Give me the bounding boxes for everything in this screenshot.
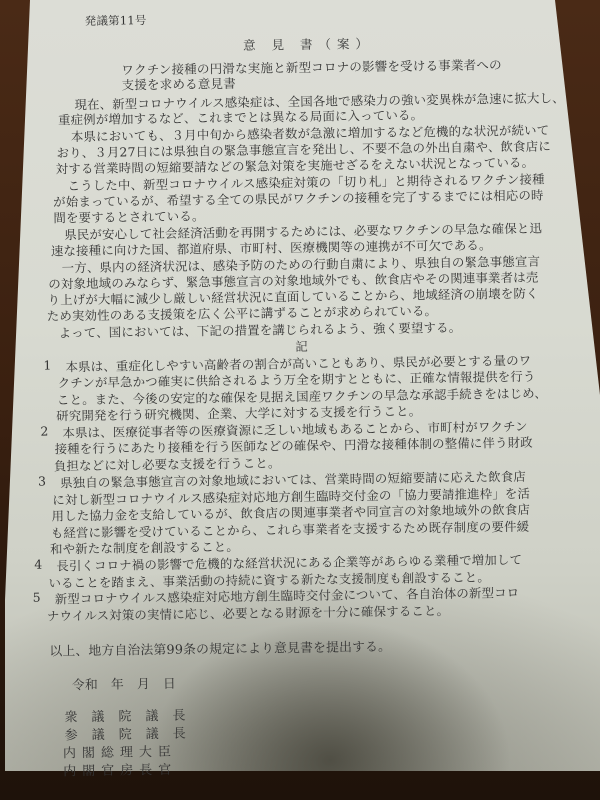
item-number: 5 [33, 590, 41, 605]
document-number: 発議第11号 [85, 12, 147, 29]
document-title: 意 見 書（案） [243, 34, 374, 54]
date-line: 令和 年 月 日 [72, 673, 176, 693]
item-number: 3 [38, 474, 46, 489]
subtitle-line: 支援を求める意見書 [121, 74, 236, 94]
ki-heading: 記 [295, 337, 308, 355]
addressee: 参議院議長 [65, 722, 200, 743]
addressee: 内閣官房長官 [63, 759, 177, 780]
item-number: 4 [34, 557, 42, 572]
item-number: 1 [43, 357, 51, 372]
closing-statement: 以上、地方自治法第99条の規定により意見書を提出する。 [49, 636, 391, 660]
document: 発議第11号 意 見 書（案） ワクチン接種の円滑な実施と新型コロナの影響を受け… [0, 0, 600, 800]
item-number: 2 [40, 424, 48, 439]
